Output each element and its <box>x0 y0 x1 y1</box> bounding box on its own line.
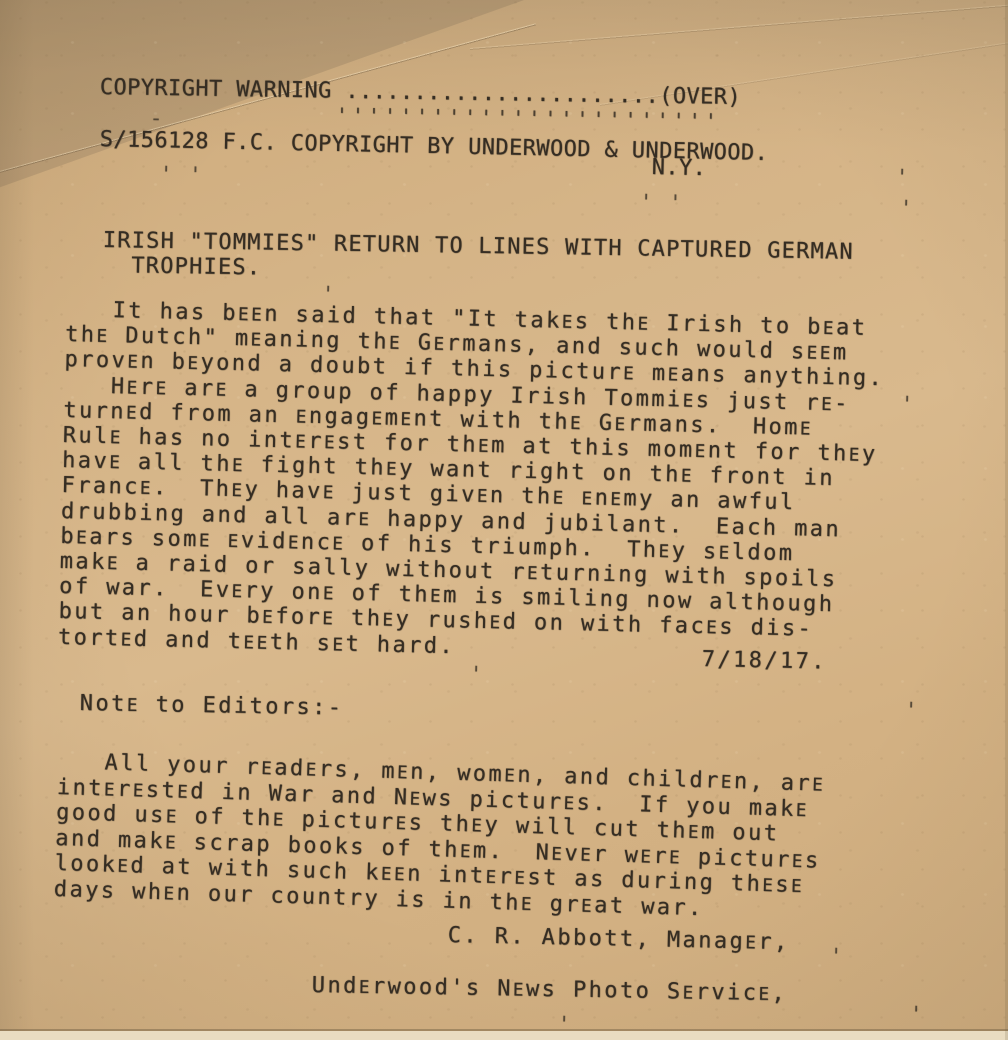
date-line: 7/18/17. <box>701 648 827 675</box>
note-to-editors-label: NotE to Editors:- <box>80 692 344 722</box>
stray-ink-mark: ' <box>321 282 336 306</box>
stray-ink-mark: ' <box>900 392 915 416</box>
stray-ink-mark: - <box>149 106 164 130</box>
stray-ink-mark: ' ' <box>639 190 683 215</box>
paper-bottom-edge <box>0 1031 1008 1040</box>
note-to-editors-paragraph: All your rEadErs, mEn, womEn, and childr… <box>53 750 825 926</box>
stray-ink-mark: ' <box>904 698 919 722</box>
stray-ink-mark: ' ' <box>159 162 203 187</box>
stray-ink-mark: ' <box>909 1002 924 1026</box>
signature-name-line: C. R. Abbott, ManagEr, <box>447 924 789 956</box>
signature-organization-line: UndErwood's NEws Photo SErvicE, <box>312 974 788 1007</box>
stray-ink-mark: ' <box>469 662 484 686</box>
stray-ink-mark: ' <box>899 196 914 220</box>
city-line: N.Y. <box>651 156 706 181</box>
stray-ink-mark: ' <box>829 944 844 968</box>
caption-title: IRISH "TOMMIES" RETURN TO LINES WITH CAP… <box>102 228 854 290</box>
scanned-document-page: COPYRIGHT WARNING ......................… <box>0 0 1008 1040</box>
caption-body-paragraphs: It has bEEn said that "It takEs thE Iris… <box>58 298 886 670</box>
paper-crease <box>470 3 1008 51</box>
typed-tick-marks-row: '''''''''''''''''''''''' <box>336 103 721 133</box>
stray-ink-mark: ' <box>895 165 910 189</box>
